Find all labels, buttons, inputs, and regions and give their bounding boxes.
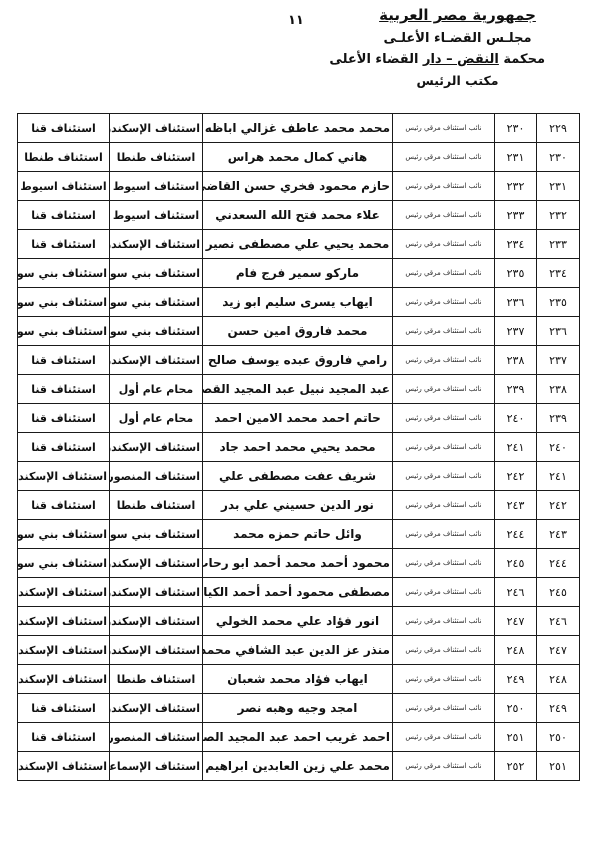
transfer-court-cell: استئناف قنا [18,375,110,404]
current-court-cell: استئناف الإسكندرية [110,578,203,607]
rank-cell: نائب استئناف مرقي رئيس [393,201,495,230]
rank-cell: نائب استئناف مرقي رئيس [393,607,495,636]
judge-name-cell: علاء محمد فتح الله السعدني [203,201,393,230]
seq-number-cell: ٢٤٥ [537,578,580,607]
seq-number-cell: ٢٣٣ [537,230,580,259]
transfer-court-cell: استئناف بني سويف [18,317,110,346]
court-line-underlined: النقض – دار [423,52,499,67]
current-court-cell: استئناف الإسماعيلية [110,752,203,781]
seq-number-cell: ٢٤٠ [537,433,580,462]
rank-cell: نائب استئناف مرقي رئيس [393,462,495,491]
order-number-cell: ٢٥٠ [495,694,537,723]
table-row: ٢٣٣ ٢٣٤ نائب استئناف مرقي رئيس محمد يحيي… [18,230,580,259]
order-number-cell: ٢٣٤ [495,230,537,259]
judge-name-cell: محمد يحيي علي مصطفى نصير [203,230,393,259]
court-line-post: القضاء الأعلى [329,52,423,67]
current-court-cell: محام عام أول [110,375,203,404]
order-number-cell: ٢٣٢ [495,172,537,201]
table-row: ٢٣٨ ٢٣٩ نائب استئناف مرقي رئيس عبد المجي… [18,375,580,404]
transfer-court-cell: استئناف الإسكندرية [18,462,110,491]
judge-name-cell: حاتم احمد محمد الامين احمد [203,404,393,433]
seq-number-cell: ٢٣٨ [537,375,580,404]
order-number-cell: ٢٥٢ [495,752,537,781]
rank-cell: نائب استئناف مرقي رئيس [393,520,495,549]
judge-name-cell: منذر عز الدين عبد الشافي محمد [203,636,393,665]
transfer-court-cell: استئناف الإسكندرية [18,636,110,665]
seq-number-cell: ٢٤٧ [537,636,580,665]
judge-name-cell: عبد المجيد نبيل عبد المجيد القصاص [203,375,393,404]
transfer-court-cell: استئناف قنا [18,114,110,143]
table-row: ٢٤٢ ٢٤٣ نائب استئناف مرقي رئيس نور الدين… [18,491,580,520]
table-row: ٢٥١ ٢٥٢ نائب استئناف مرقي رئيس محمد علي … [18,752,580,781]
table-row: ٢٤١ ٢٤٢ نائب استئناف مرقي رئيس شريف عفت … [18,462,580,491]
current-court-cell: استئناف طنطا [110,491,203,520]
current-court-cell: استئناف بني سويف [110,317,203,346]
judge-name-cell: انور فؤاد علي محمد الخولي [203,607,393,636]
transfer-court-cell: استئناف قنا [18,201,110,230]
table-row: ٢٤٩ ٢٥٠ نائب استئناف مرقي رئيس امجد وجيه… [18,694,580,723]
document-page: ١١ جمهورية مصر العربية مجلـس القضـاء الأ… [0,0,595,842]
transfer-court-cell: استئناف قنا [18,694,110,723]
judge-name-cell: نور الدين حسيني علي بدر [203,491,393,520]
transfer-court-cell: استئناف قنا [18,433,110,462]
judge-name-cell: محمد علي زين العابدين ابراهيم محمد الملط [203,752,393,781]
rank-cell: نائب استئناف مرقي رئيس [393,172,495,201]
page-number: ١١ [288,13,304,28]
transfer-court-cell: استئناف اسيوط [18,172,110,201]
current-court-cell: استئناف الإسكندرية [110,433,203,462]
judge-name-cell: رامي فاروق عبده يوسف صالح [203,346,393,375]
seq-number-cell: ٢٤٩ [537,694,580,723]
republic-title: جمهورية مصر العربية [370,6,545,24]
order-number-cell: ٢٤٠ [495,404,537,433]
supreme-judicial-council-line: مجلـس القضـاء الأعلـى [370,31,545,46]
current-court-cell: استئناف بني سويف [110,520,203,549]
judge-name-cell: ماركو سمير فرج فام [203,259,393,288]
table-row: ٢٤٠ ٢٤١ نائب استئناف مرقي رئيس محمد يحيي… [18,433,580,462]
current-court-cell: استئناف الإسكندرية [110,694,203,723]
rank-cell: نائب استئناف مرقي رئيس [393,404,495,433]
rank-cell: نائب استئناف مرقي رئيس [393,752,495,781]
current-court-cell: استئناف بني سويف [110,288,203,317]
order-number-cell: ٢٤٥ [495,549,537,578]
order-number-cell: ٢٤٢ [495,462,537,491]
table-row: ٢٣٤ ٢٣٥ نائب استئناف مرقي رئيس ماركو سمي… [18,259,580,288]
order-number-cell: ٢٤٣ [495,491,537,520]
seq-number-cell: ٢٣٥ [537,288,580,317]
table-row: ٢٣١ ٢٣٢ نائب استئناف مرقي رئيس حازم محمو… [18,172,580,201]
current-court-cell: استئناف الإسكندرية [110,114,203,143]
transfer-court-cell: استئناف الإسكندرية [18,578,110,607]
order-number-cell: ٢٤٧ [495,607,537,636]
order-number-cell: ٢٣٧ [495,317,537,346]
judge-name-cell: محمود أحمد محمد أحمد ابو رحاب [203,549,393,578]
document-header: جمهورية مصر العربية مجلـس القضـاء الأعلـ… [370,6,545,88]
current-court-cell: استئناف طنطا [110,143,203,172]
seq-number-cell: ٢٤١ [537,462,580,491]
order-number-cell: ٢٤٦ [495,578,537,607]
current-court-cell: استئناف بني سويف [110,259,203,288]
judge-name-cell: احمد غريب احمد عبد المجيد الصياد [203,723,393,752]
transfer-court-cell: استئناف قنا [18,230,110,259]
judge-name-cell: ايهاب يسرى سليم ابو زيد [203,288,393,317]
table-row: ٢٥٠ ٢٥١ نائب استئناف مرقي رئيس احمد غريب… [18,723,580,752]
judge-name-cell: محمد يحيي محمد احمد جاد [203,433,393,462]
judge-name-cell: محمد فاروق امين حسن [203,317,393,346]
table-row: ٢٤٨ ٢٤٩ نائب استئناف مرقي رئيس ايهاب فؤا… [18,665,580,694]
transfer-court-cell: استئناف بني سويف [18,549,110,578]
order-number-cell: ٢٣٥ [495,259,537,288]
transfer-court-cell: استئناف قنا [18,346,110,375]
order-number-cell: ٢٤٤ [495,520,537,549]
order-number-cell: ٢٥١ [495,723,537,752]
rank-cell: نائب استئناف مرقي رئيس [393,230,495,259]
seq-number-cell: ٢٣٤ [537,259,580,288]
seq-number-cell: ٢٥١ [537,752,580,781]
current-court-cell: استئناف الإسكندرية [110,607,203,636]
table-row: ٢٣٢ ٢٣٣ نائب استئناف مرقي رئيس علاء محمد… [18,201,580,230]
table-row: ٢٣٥ ٢٣٦ نائب استئناف مرقي رئيس ايهاب يسر… [18,288,580,317]
judge-name-cell: امجد وجيه وهبه نصر [203,694,393,723]
judges-transfer-table: ٢٢٩ ٢٣٠ نائب استئناف مرقي رئيس محمد محمد… [17,113,580,781]
table-row: ٢٤٤ ٢٤٥ نائب استئناف مرقي رئيس محمود أحم… [18,549,580,578]
judge-name-cell: ايهاب فؤاد محمد شعبان [203,665,393,694]
rank-cell: نائب استئناف مرقي رئيس [393,636,495,665]
table-row: ٢٤٦ ٢٤٧ نائب استئناف مرقي رئيس انور فؤاد… [18,607,580,636]
order-number-cell: ٢٣٨ [495,346,537,375]
current-court-cell: استئناف الإسكندرية [110,549,203,578]
order-number-cell: ٢٣٦ [495,288,537,317]
order-number-cell: ٢٣٩ [495,375,537,404]
table-row: ٢٣٠ ٢٣١ نائب استئناف مرقي رئيس هاني كمال… [18,143,580,172]
order-number-cell: ٢٤١ [495,433,537,462]
seq-number-cell: ٢٣١ [537,172,580,201]
current-court-cell: استئناف اسيوط [110,201,203,230]
current-court-cell: استئناف الإسكندرية [110,636,203,665]
seq-number-cell: ٢٣٧ [537,346,580,375]
president-office-line: مكتب الرئيس [370,73,545,88]
seq-number-cell: ٢٤٤ [537,549,580,578]
rank-cell: نائب استئناف مرقي رئيس [393,665,495,694]
current-court-cell: استئناف اسيوط [110,172,203,201]
judge-name-cell: حازم محمود فخري حسن القاضي [203,172,393,201]
seq-number-cell: ٢٣٩ [537,404,580,433]
seq-number-cell: ٢٤٢ [537,491,580,520]
transfer-court-cell: استئناف الإسكندرية [18,752,110,781]
rank-cell: نائب استئناف مرقي رئيس [393,259,495,288]
rank-cell: نائب استئناف مرقي رئيس [393,346,495,375]
seq-number-cell: ٢٣٠ [537,143,580,172]
transfer-court-cell: استئناف قنا [18,404,110,433]
rank-cell: نائب استئناف مرقي رئيس [393,143,495,172]
table-row: ٢٤٣ ٢٤٤ نائب استئناف مرقي رئيس وائل حاتم… [18,520,580,549]
table-row: ٢٣٧ ٢٣٨ نائب استئناف مرقي رئيس رامي فارو… [18,346,580,375]
judge-name-cell: محمد محمد عاطف غزالي اباظه [203,114,393,143]
rank-cell: نائب استئناف مرقي رئيس [393,288,495,317]
transfer-court-cell: استئناف الإسكندرية [18,607,110,636]
seq-number-cell: ٢٥٠ [537,723,580,752]
current-court-cell: استئناف الإسكندرية [110,230,203,259]
order-number-cell: ٢٤٨ [495,636,537,665]
current-court-cell: محام عام أول [110,404,203,433]
table-row: ٢٣٩ ٢٤٠ نائب استئناف مرقي رئيس حاتم احمد… [18,404,580,433]
judge-name-cell: هاني كمال محمد هراس [203,143,393,172]
rank-cell: نائب استئناف مرقي رئيس [393,114,495,143]
rank-cell: نائب استئناف مرقي رئيس [393,723,495,752]
judge-name-cell: مصطفى محمود أحمد أحمد الكيال [203,578,393,607]
transfer-court-cell: استئناف بني سويف [18,288,110,317]
order-number-cell: ٢٣٣ [495,201,537,230]
order-number-cell: ٢٣١ [495,143,537,172]
rank-cell: نائب استئناف مرقي رئيس [393,317,495,346]
order-number-cell: ٢٣٠ [495,114,537,143]
transfer-court-cell: استئناف الإسكندرية [18,665,110,694]
seq-number-cell: ٢٢٩ [537,114,580,143]
current-court-cell: استئناف المنصورة [110,723,203,752]
judge-name-cell: وائل حاتم حمزه محمد [203,520,393,549]
court-line-pre: محكمة [499,52,545,67]
table-body: ٢٢٩ ٢٣٠ نائب استئناف مرقي رئيس محمد محمد… [18,114,580,781]
rank-cell: نائب استئناف مرقي رئيس [393,433,495,462]
rank-cell: نائب استئناف مرقي رئيس [393,491,495,520]
table-row: ٢٣٦ ٢٣٧ نائب استئناف مرقي رئيس محمد فارو… [18,317,580,346]
transfer-court-cell: استئناف طنطا [18,143,110,172]
transfer-court-cell: استئناف قنا [18,491,110,520]
table-row: ٢٢٩ ٢٣٠ نائب استئناف مرقي رئيس محمد محمد… [18,114,580,143]
rank-cell: نائب استئناف مرقي رئيس [393,694,495,723]
transfer-court-cell: استئناف بني سويف [18,520,110,549]
rank-cell: نائب استئناف مرقي رئيس [393,578,495,607]
current-court-cell: استئناف طنطا [110,665,203,694]
table-row: ٢٤٥ ٢٤٦ نائب استئناف مرقي رئيس مصطفى محم… [18,578,580,607]
seq-number-cell: ٢٤٦ [537,607,580,636]
transfer-court-cell: استئناف قنا [18,723,110,752]
seq-number-cell: ٢٤٨ [537,665,580,694]
seq-number-cell: ٢٣٦ [537,317,580,346]
transfer-court-cell: استئناف بني سويف [18,259,110,288]
rank-cell: نائب استئناف مرقي رئيس [393,549,495,578]
order-number-cell: ٢٤٩ [495,665,537,694]
current-court-cell: استئناف الإسكندرية [110,346,203,375]
table-row: ٢٤٧ ٢٤٨ نائب استئناف مرقي رئيس منذر عز ا… [18,636,580,665]
current-court-cell: استئناف المنصورة [110,462,203,491]
rank-cell: نائب استئناف مرقي رئيس [393,375,495,404]
judge-name-cell: شريف عفت مصطفى علي [203,462,393,491]
court-of-cassation-line: محكمة النقض – دار القضاء الأعلى [370,52,545,67]
seq-number-cell: ٢٣٢ [537,201,580,230]
seq-number-cell: ٢٤٣ [537,520,580,549]
